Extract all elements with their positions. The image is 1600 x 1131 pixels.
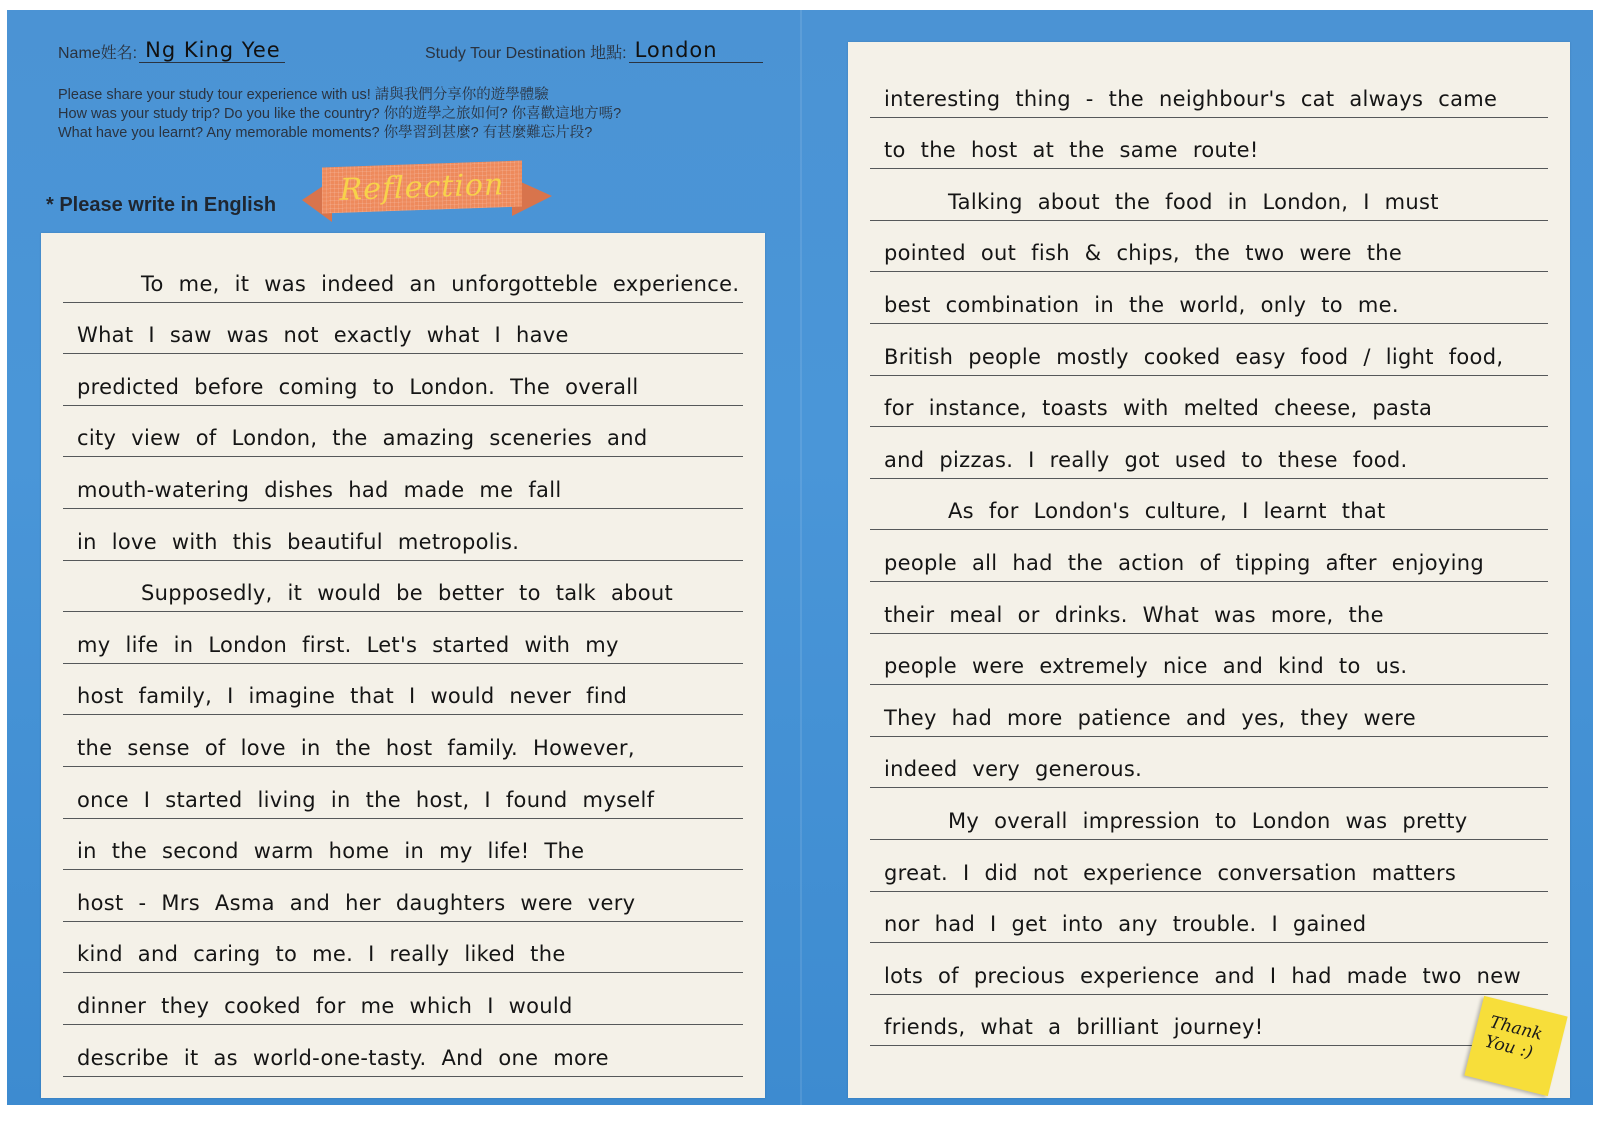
handwritten-line: As for London's culture, I learnt that: [870, 479, 1548, 531]
handwritten-line: indeed very generous.: [870, 737, 1548, 789]
prompt-line: What have you learnt? Any memorable mome…: [58, 124, 621, 143]
left-writing-sheet: To me, it was indeed an unforgotteble ex…: [41, 233, 765, 1098]
handwritten-line: and pizzas. I really got used to these f…: [870, 427, 1548, 479]
prompt-line: Please share your study tour experience …: [58, 86, 621, 105]
handwritten-line: my life in London first. Let's started w…: [63, 612, 743, 664]
handwritten-line: Talking about the food in London, I must: [870, 169, 1548, 221]
handwritten-line: nor had I get into any trouble. I gained: [870, 892, 1548, 944]
handwritten-line: their meal or drinks. What was more, the: [870, 582, 1548, 634]
handwritten-line: people were extremely nice and kind to u…: [870, 634, 1548, 686]
reflection-ribbon-banner: Reflection: [302, 158, 552, 224]
handwritten-line: in the second warm home in my life! The: [63, 819, 743, 871]
destination-field-row: Study Tour Destination 地點: London: [425, 38, 763, 63]
handwritten-line: host family, I imagine that I would neve…: [63, 664, 743, 716]
handwritten-line: kind and caring to me. I really liked th…: [63, 922, 743, 974]
handwritten-line: the sense of love in the host family. Ho…: [63, 715, 743, 767]
handwritten-line: best combination in the world, only to m…: [870, 272, 1548, 324]
prompt-questions: Please share your study tour experience …: [58, 86, 621, 143]
handwritten-line: What I saw was not exactly what I have: [63, 303, 743, 355]
handwritten-line: for instance, toasts with melted cheese,…: [870, 376, 1548, 428]
handwritten-line: predicted before coming to London. The o…: [63, 354, 743, 406]
handwritten-line: To me, it was indeed an unforgotteble ex…: [63, 251, 743, 303]
handwritten-line: lots of precious experience and I had ma…: [870, 943, 1548, 995]
handwritten-line: Supposedly, it would be better to talk a…: [63, 561, 743, 613]
name-field-row: Name姓名: Ng King Yee: [58, 38, 285, 63]
banner-title: Reflection: [322, 161, 522, 214]
write-in-english-instruction: * Please write in English: [46, 194, 276, 217]
name-value: Ng King Yee: [139, 38, 285, 63]
left-ruled-lines: To me, it was indeed an unforgotteble ex…: [63, 251, 743, 1077]
handwritten-line: great. I did not experience conversation…: [870, 840, 1548, 892]
handwritten-line: friends, what a brilliant journey!: [870, 995, 1548, 1047]
prompt-line: How was your study trip? Do you like the…: [58, 105, 621, 124]
handwritten-line: city view of London, the amazing sceneri…: [63, 406, 743, 458]
handwritten-line: describe it as world-one-tasty. And one …: [63, 1025, 743, 1077]
handwritten-line: They had more patience and yes, they wer…: [870, 685, 1548, 737]
handwritten-line: once I started living in the host, I fou…: [63, 767, 743, 819]
handwritten-line: host - Mrs Asma and her daughters were v…: [63, 870, 743, 922]
handwritten-line: My overall impression to London was pret…: [870, 788, 1548, 840]
handwritten-line: mouth-watering dishes had made me fall: [63, 457, 743, 509]
handwritten-line: in love with this beautiful metropolis.: [63, 509, 743, 561]
handwritten-line: pointed out fish & chips, the two were t…: [870, 221, 1548, 273]
handwritten-line: people all had the action of tipping aft…: [870, 530, 1548, 582]
destination-value: London: [629, 38, 763, 63]
handwritten-line: dinner they cooked for me which I would: [63, 973, 743, 1025]
name-label: Name姓名:: [58, 40, 137, 63]
handwritten-line: to the host at the same route!: [870, 118, 1548, 170]
handwritten-line: British people mostly cooked easy food /…: [870, 324, 1548, 376]
handwritten-line: interesting thing - the neighbour's cat …: [870, 66, 1548, 118]
right-ruled-lines: interesting thing - the neighbour's cat …: [870, 66, 1548, 1046]
right-writing-sheet: interesting thing - the neighbour's cat …: [848, 42, 1570, 1098]
destination-label: Study Tour Destination 地點:: [425, 40, 627, 63]
